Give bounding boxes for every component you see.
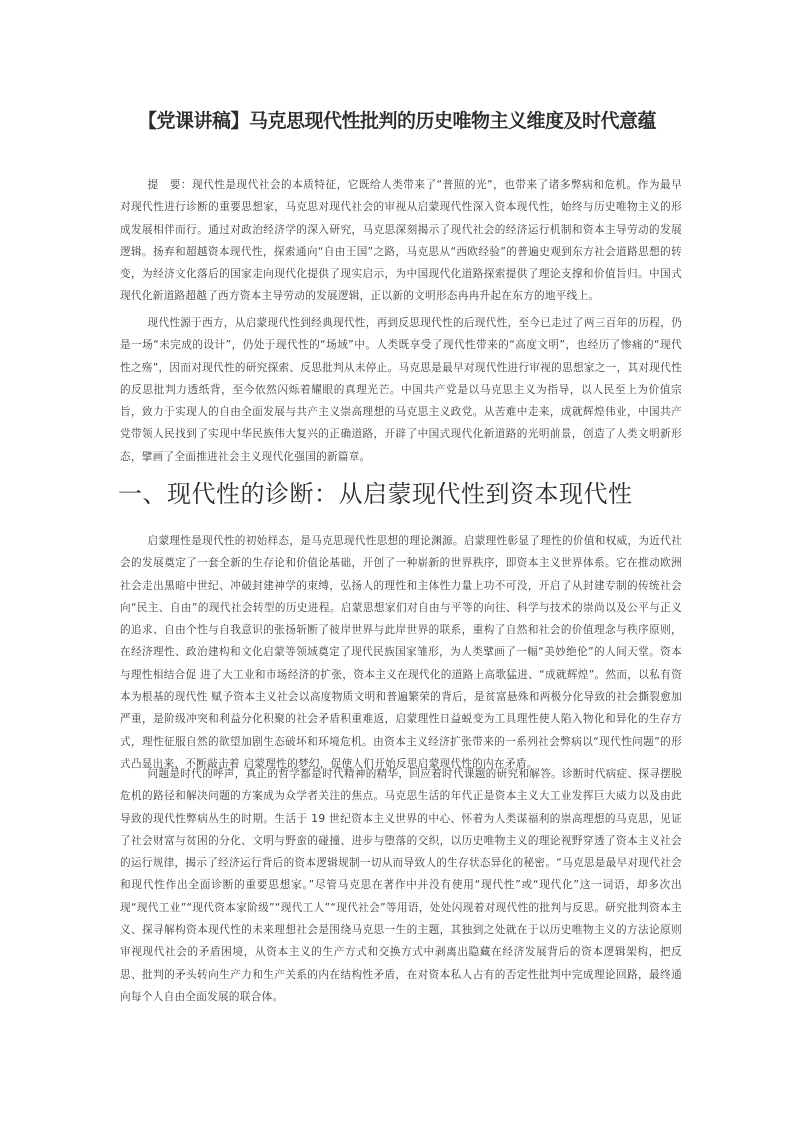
document-page: 【党课讲稿】马克思现代性批判的历史唯物主义维度及时代意蕴 提 要：现代性是现代社… xyxy=(0,0,794,1122)
section-heading: 一、现代性的诊断：从启蒙现代性到资本现代性 xyxy=(118,474,633,514)
abstract-paragraph: 提 要：现代性是现代社会的本质特征，它既给人类带来了“普照的光”，也带来了诸多弊… xyxy=(120,174,682,308)
section-paragraph: 启蒙理性是现代性的初始样态，是马克思现代性思想的理论渊源。启蒙理性彰显了理性的价… xyxy=(120,530,682,775)
document-title: 【党课讲稿】马克思现代性批判的历史唯物主义维度及时代意蕴 xyxy=(0,106,794,136)
intro-paragraph: 现代性源于西方，从启蒙现代性到经典现代性，再到反思现代性的后现代性，至今已走过了… xyxy=(120,312,682,468)
section-paragraph: 问题是时代的呼声，真正的哲学都是时代精神的精华，回应着时代课题的研究和解答。诊断… xyxy=(120,763,682,1008)
